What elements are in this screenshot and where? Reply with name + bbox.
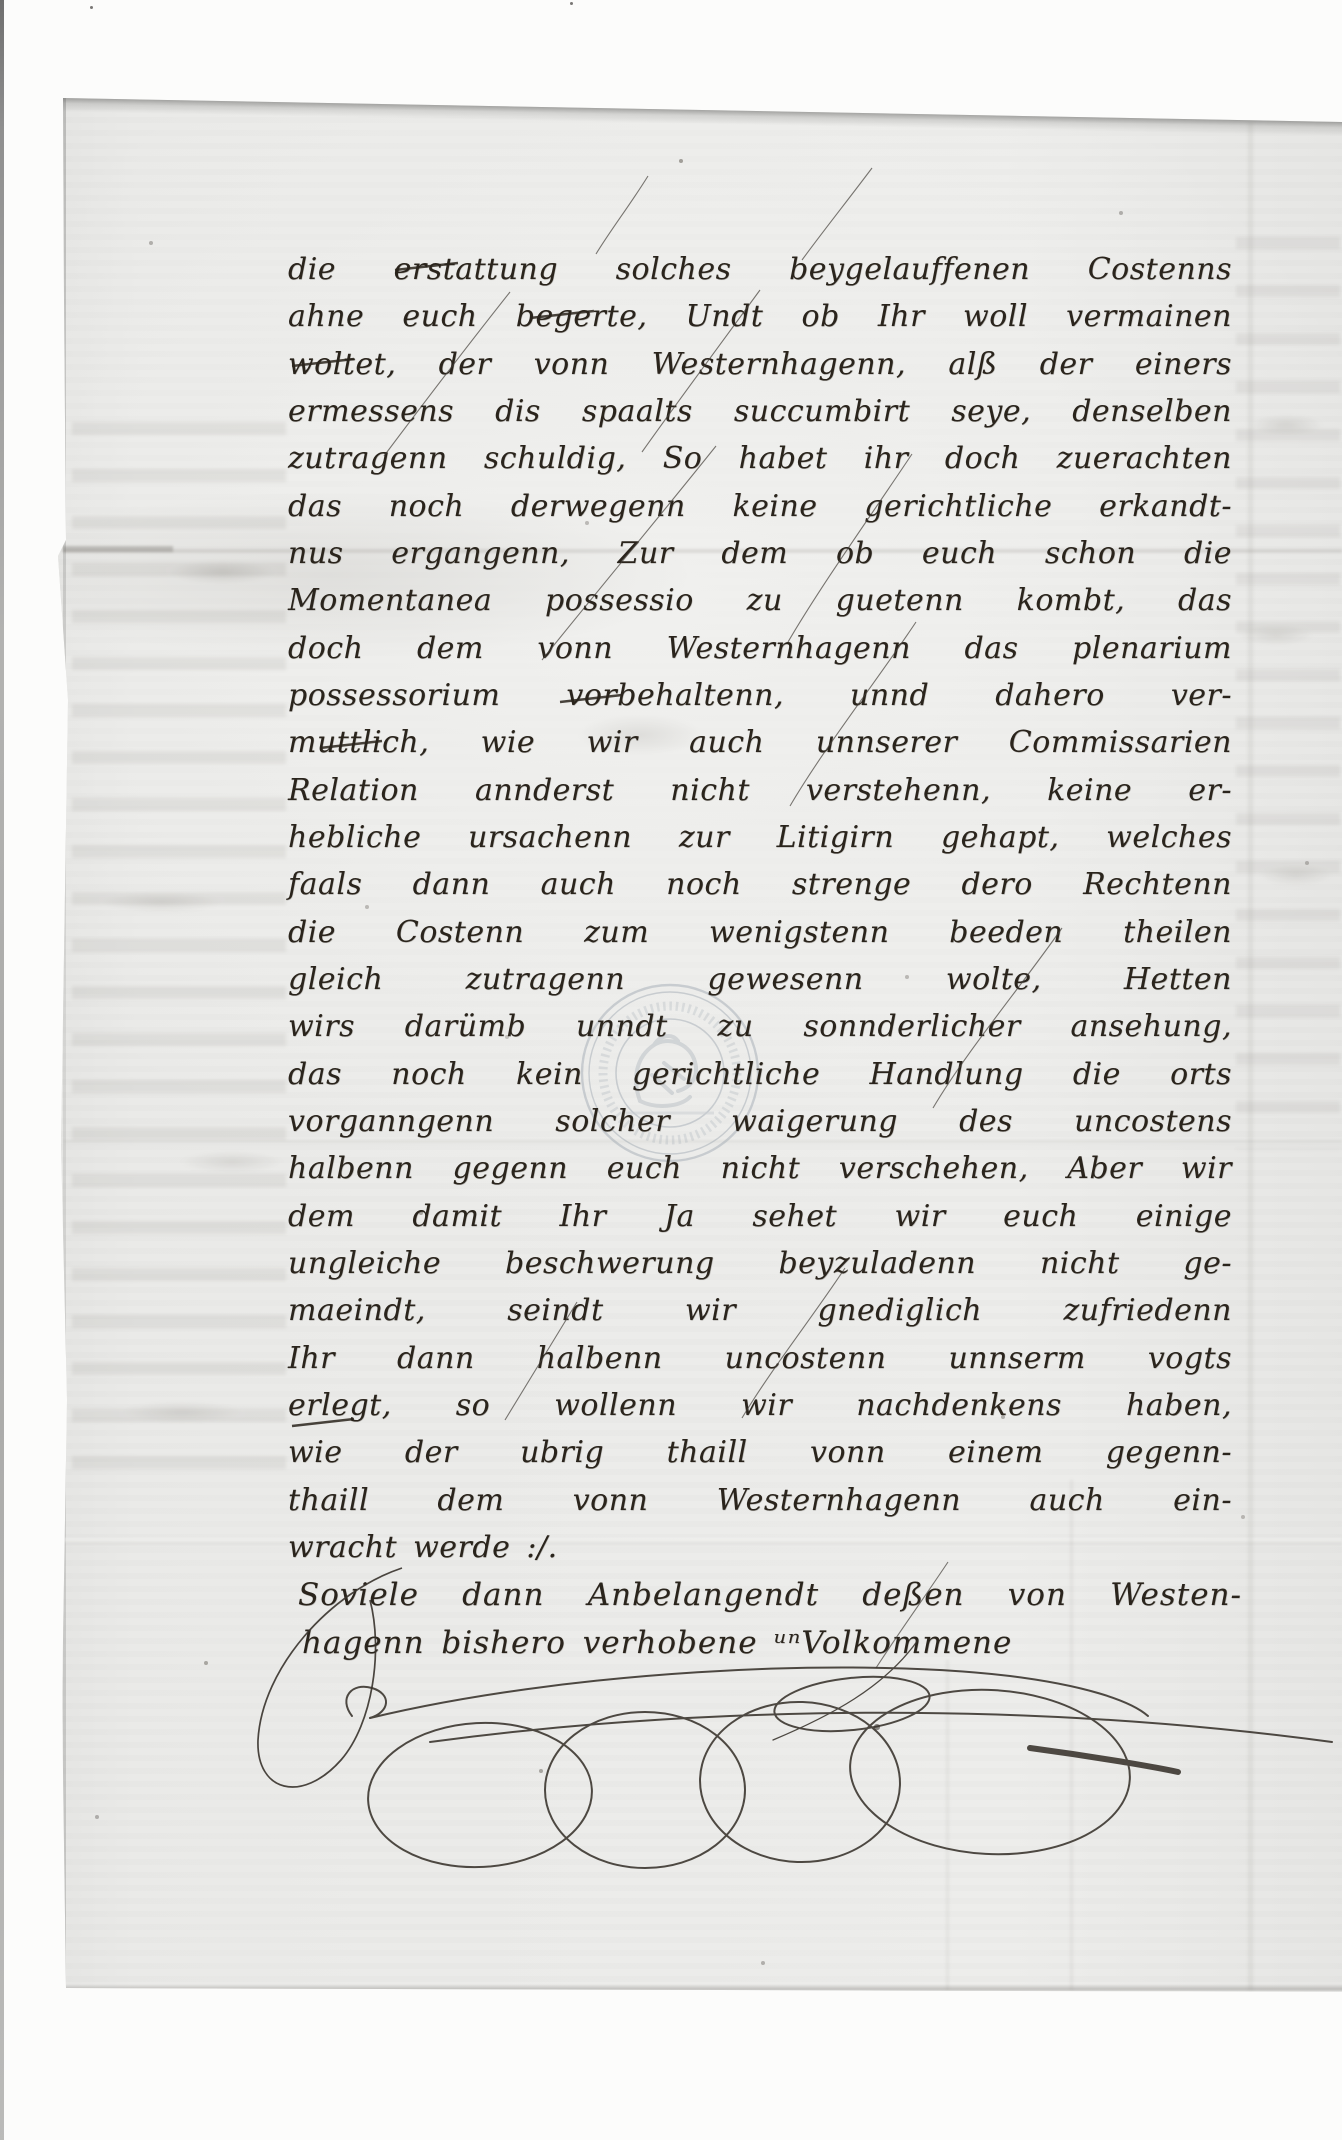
manuscript-line: possessorium vorbehaltenn, unnd dahero v…	[288, 672, 1232, 720]
manuscript-line: ungleiche beschwerung beyzuladenn nicht …	[288, 1240, 1232, 1288]
manuscript-line: wirs darümb unndt zu sonnderlicher anseh…	[288, 1003, 1232, 1051]
manuscript-line: gleich zutragenn gewesenn wolte, Hetten	[288, 956, 1232, 1004]
manuscript-line: das noch derwegenn keine gerichtliche er…	[288, 483, 1232, 531]
scan-speck	[90, 6, 93, 9]
manuscript-line: halbenn gegenn euch nicht verschehen, Ab…	[288, 1145, 1232, 1193]
manuscript-line: erlegt, so wollenn wir nachdenkens haben…	[288, 1382, 1232, 1430]
manuscript-line: ermessens dis spaalts succumbirt seye, d…	[288, 388, 1232, 436]
manuscript-line: hebliche ursachenn zur Litigirn gehapt, …	[288, 814, 1232, 862]
scanner-edge-shadow	[0, 0, 4, 2140]
manuscript-line: wracht werde :/.	[288, 1524, 558, 1572]
manuscript-line: Ihr dann halbenn uncostenn unnserm vogts	[288, 1335, 1232, 1383]
manuscript-line: muttlich, wie wir auch unnserer Commissa…	[288, 719, 1232, 767]
manuscript-line: doch dem vonn Westernhagenn das plenariu…	[288, 625, 1232, 673]
manuscript-text-block: die erstattung solches beygelauffenen Co…	[0, 0, 1342, 2140]
manuscript-line: thaill dem vonn Westernhagenn auch ein-	[288, 1477, 1232, 1525]
manuscript-line: Relation annderst nicht verstehenn, kein…	[288, 767, 1232, 815]
manuscript-line: die erstattung solches beygelauffenen Co…	[288, 246, 1232, 294]
manuscript-closing-line: hagenn bishero verhobene ᵘⁿVolkommene	[302, 1619, 992, 1667]
paper-sheet: die erstattung solches beygelauffenen Co…	[0, 0, 1342, 2140]
manuscript-closing-line: Soviele dann Anbelangendt deßen von West…	[298, 1571, 1242, 1619]
scan-speck	[570, 2, 573, 5]
manuscript-line: dem damit Ihr Ja sehet wir euch einige	[288, 1193, 1232, 1241]
manuscript-line: woltet, der vonn Westernhagenn, alß der …	[288, 341, 1232, 389]
manuscript-line: zutragenn schuldig, So habet ihr doch zu…	[288, 435, 1232, 483]
manuscript-line: die Costenn zum wenigstenn beeden theile…	[288, 909, 1232, 957]
manuscript-line: Momentanea possessio zu guetenn kombt, d…	[288, 577, 1232, 625]
scanned-document-page: die erstattung solches beygelauffenen Co…	[0, 0, 1342, 2140]
manuscript-line: wie der ubrig thaill vonn einem gegenn-	[288, 1429, 1232, 1477]
manuscript-line: nus ergangenn, Zur dem ob euch schon die	[288, 530, 1232, 578]
manuscript-line: faals dann auch noch strenge dero Rechte…	[288, 861, 1232, 909]
manuscript-line: das noch kein gerichtliche Handlung die …	[288, 1051, 1232, 1099]
manuscript-line: vorganngenn solcher waigerung des uncost…	[288, 1098, 1232, 1146]
manuscript-line: ahne euch begerte, Undt ob Ihr woll verm…	[288, 293, 1232, 341]
manuscript-line: maeindt, seindt wir gnediglich zufrieden…	[288, 1287, 1232, 1335]
